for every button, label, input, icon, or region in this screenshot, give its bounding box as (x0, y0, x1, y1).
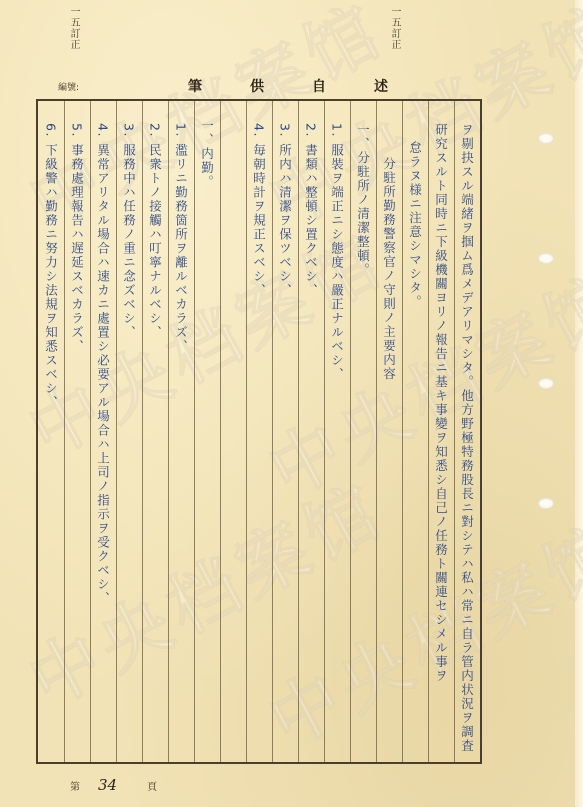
handwritten-line: 2. 書類ハ整頓シ置クベシ、 (304, 123, 317, 297)
ruled-sheet: ヲ剔抉スル端緒ヲ掴ム爲メデアリマシタ。他方野極特務股長ニ對シテハ私ハ常ニ自ラ管内… (36, 99, 482, 764)
handwritten-line: 一、分駐所ノ清潔整頓。 (356, 123, 369, 277)
title-char: 供 (250, 76, 264, 96)
handwritten-line: 2. 民衆トノ接觸ハ叮寧ナルベシ、 (148, 123, 161, 339)
column-rule (116, 101, 117, 762)
handwritten-line: 一、内勤。 (200, 119, 213, 189)
handwritten-line: 怠ラヌ様ニ注意シマシタ。 (408, 141, 421, 309)
punch-hole (538, 378, 554, 389)
corner-note-right: 一五訂正 (387, 6, 402, 50)
title-char: 述 (374, 76, 388, 96)
handwritten-line: 3. 服務中ハ任務ノ重ニ念ズベシ、 (122, 123, 135, 339)
page-suffix: 頁 (147, 778, 157, 793)
column-rule (220, 101, 221, 762)
page-number: 34 (98, 776, 117, 794)
form-title: 筆 供 自 述 (188, 76, 388, 96)
handwritten-line: 4. 異常アリタル場合ハ速カニ處置シ必要アル場合ハ上司ノ指示ヲ受クベシ、 (96, 123, 109, 605)
serial-number-label: 編號: (58, 80, 79, 93)
page-edge (575, 0, 583, 807)
column-rule (324, 101, 325, 762)
column-rule (142, 101, 143, 762)
column-rule (350, 101, 351, 762)
handwritten-line: 3. 所内ハ清潔ヲ保ツベシ、 (278, 123, 291, 297)
handwritten-line: 1. 濫リニ勤務箇所ヲ離ルベカラズ、 (174, 123, 187, 353)
column-rule (272, 101, 273, 762)
handwritten-line: 1. 服裝ヲ端正ニシ態度ハ嚴正ナルベシ、 (330, 123, 343, 381)
punch-hole (538, 253, 554, 264)
handwritten-line: 5. 事務處理報告ハ遅延スベカラズ、 (70, 123, 83, 353)
title-char: 筆 (188, 76, 202, 96)
handwritten-line: ヲ剔抉スル端緒ヲ掴ム爲メデアリマシタ。他方野極特務股長ニ對シテハ私ハ常ニ自ラ管内… (460, 123, 473, 753)
handwritten-line: 6. 下級警ハ勤務ニ努力シ法規ヲ知悉スベシ、 (44, 123, 57, 409)
column-rule (376, 101, 377, 762)
column-rule (194, 101, 195, 762)
column-rule (454, 101, 455, 762)
title-char: 自 (312, 76, 326, 96)
column-rule (64, 101, 65, 762)
handwritten-line: 研究スルト同時ニ下級機關ヨリノ報告ニ基キ事變ヲ知悉シ自己ノ任務ト關連セシメル事ヲ (434, 123, 447, 683)
column-rule (246, 101, 247, 762)
handwritten-line: 4. 毎朝時計ヲ規正スベシ、 (252, 123, 265, 297)
handwritten-line: 分駐所勤務警察官ノ守則ノ主要内容 (382, 157, 395, 381)
column-rule (90, 101, 91, 762)
column-rule (298, 101, 299, 762)
punch-hole (538, 498, 554, 509)
page-prefix: 第 (70, 778, 80, 793)
column-rule (428, 101, 429, 762)
column-rule (168, 101, 169, 762)
column-rule (402, 101, 403, 762)
page-footer: 第 34 頁 (70, 776, 157, 794)
punch-hole (538, 133, 554, 144)
corner-note-left: 一五訂正 (66, 6, 81, 50)
